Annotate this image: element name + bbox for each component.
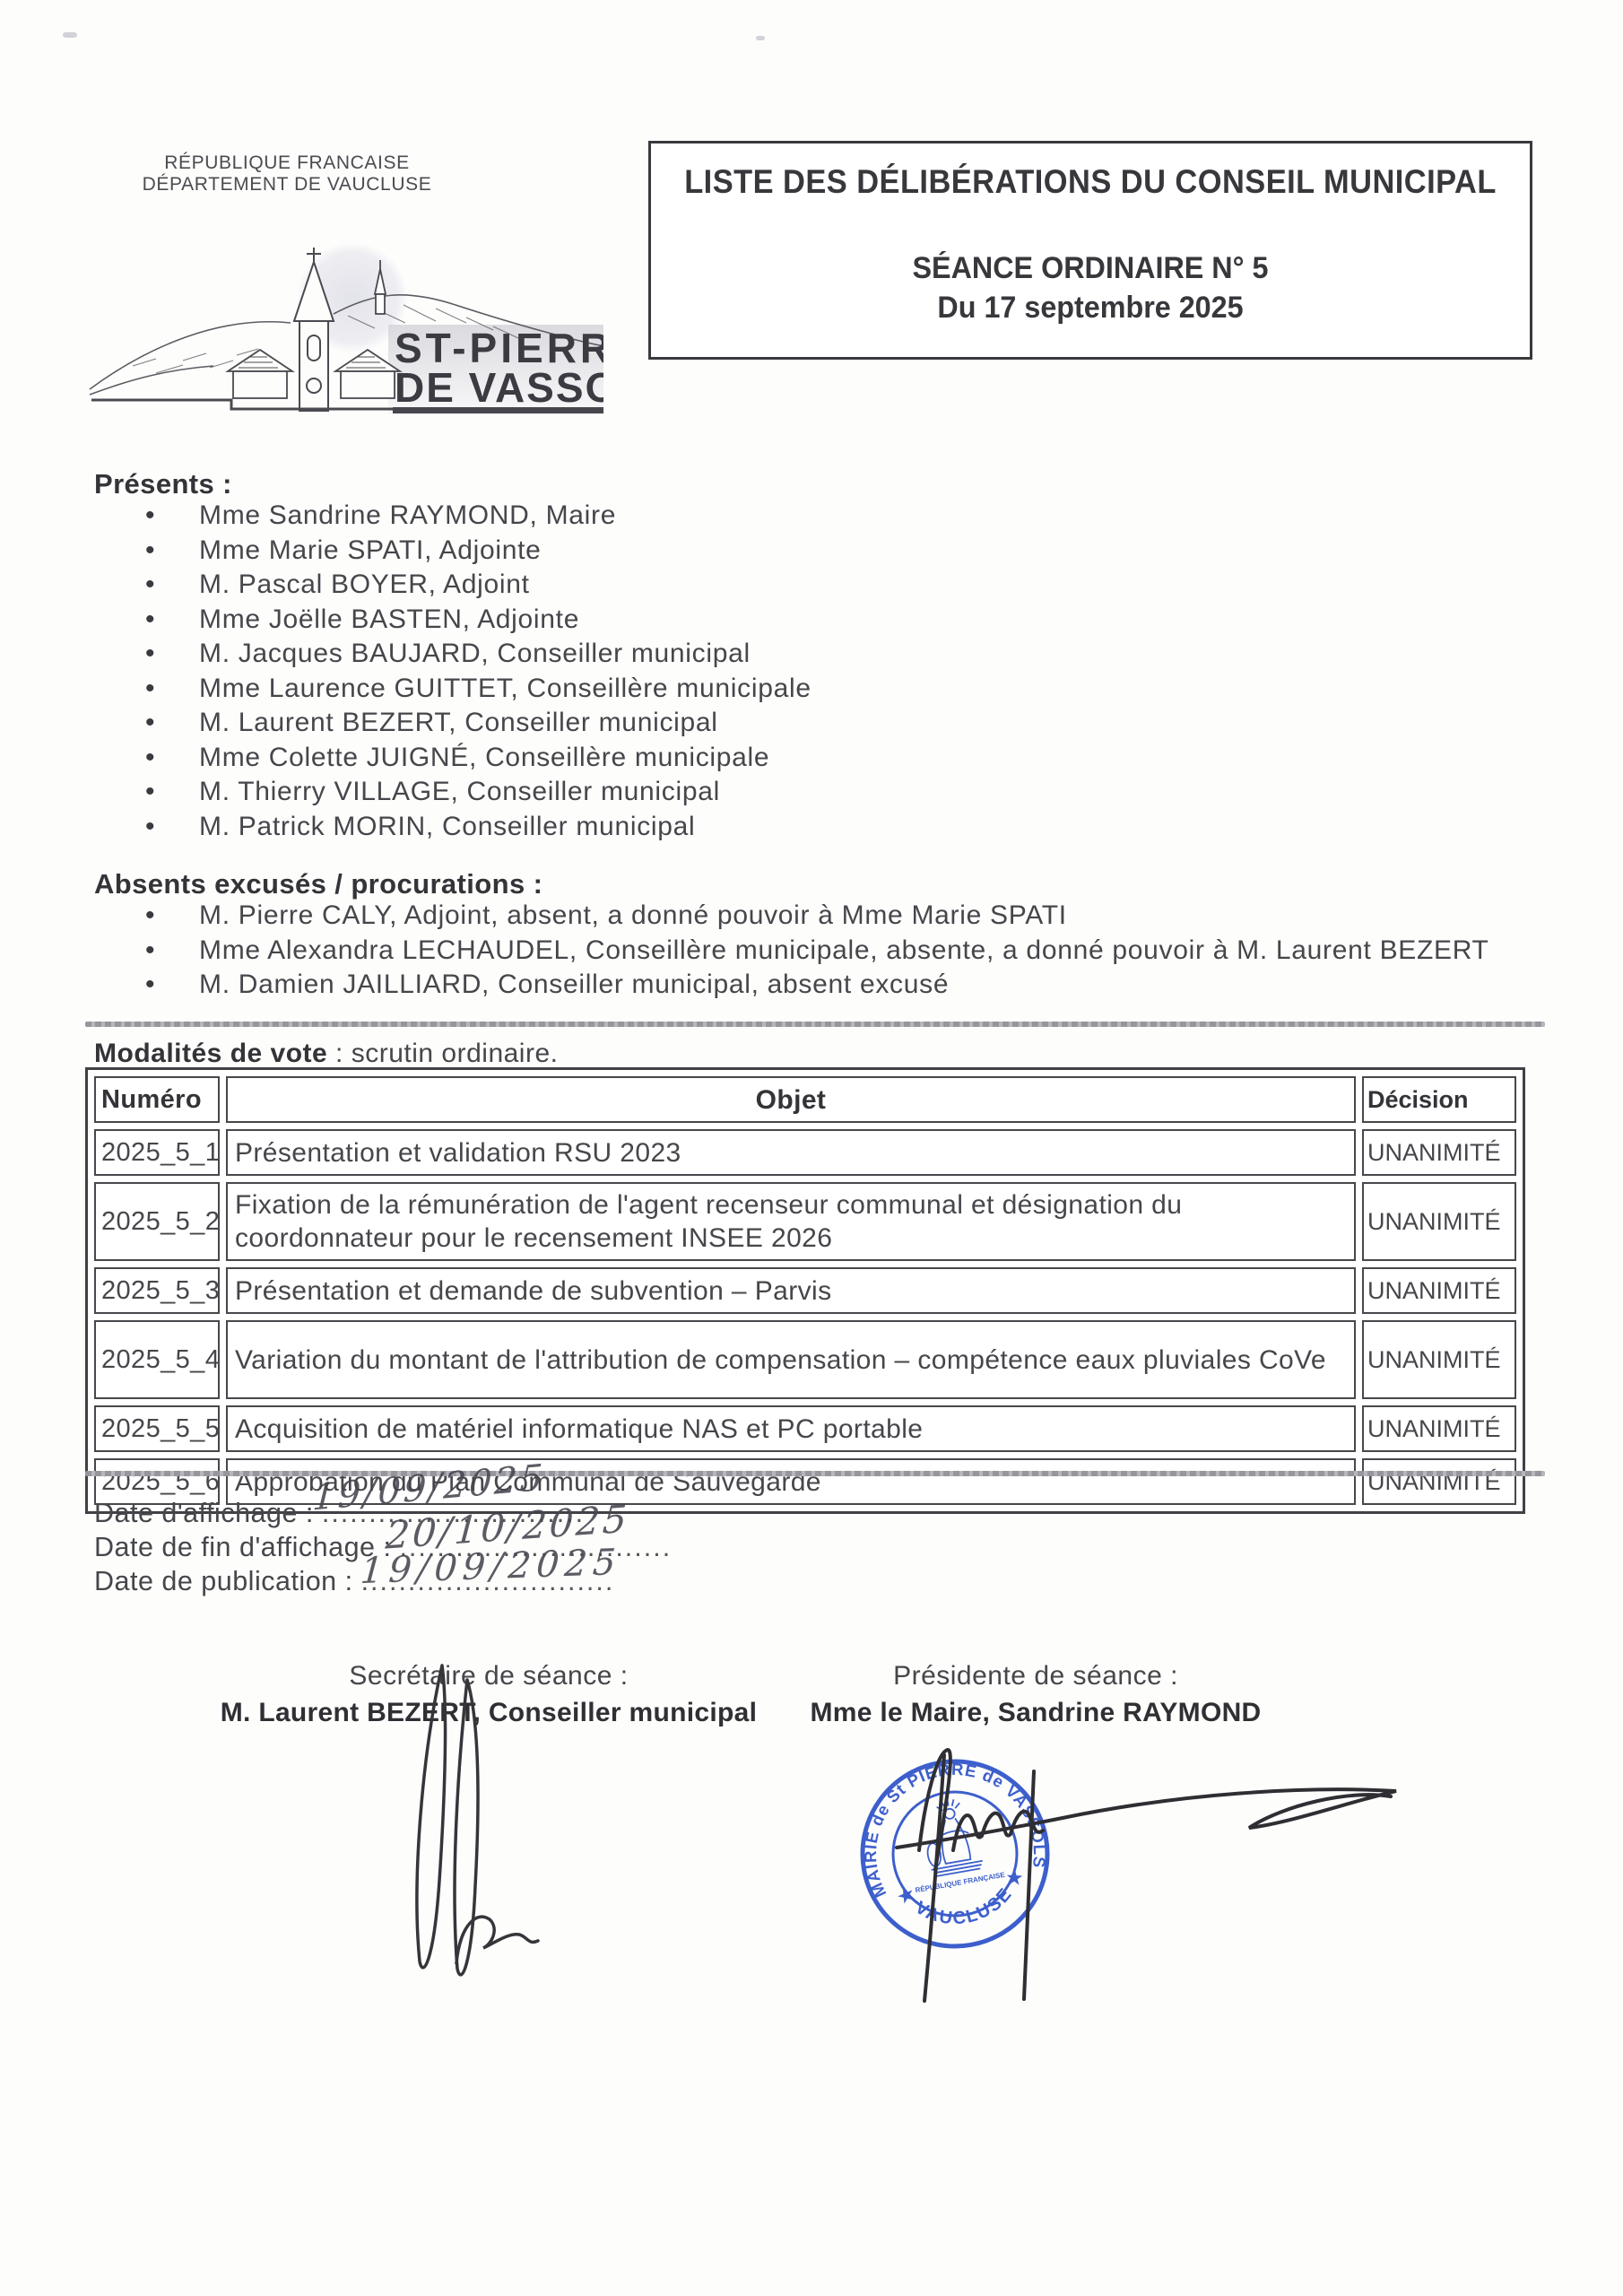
present-item: M. Pascal BOYER, Adjoint [143, 568, 1578, 603]
cell-numero: 2025_5_2 [94, 1182, 220, 1261]
absent-item: Mme Alexandra LECHAUDEL, Conseillère mun… [143, 934, 1578, 969]
header-decision: Décision [1362, 1076, 1516, 1123]
republique-line: RÉPUBLIQUE FRANCAISE [126, 152, 448, 174]
scan-speck [63, 32, 77, 38]
cell-objet: Présentation et validation RSU 2023 [226, 1129, 1356, 1176]
president-block: Présidente de séance : Mme le Maire, San… [767, 1661, 1305, 1728]
header-objet: Objet [226, 1076, 1356, 1123]
title-line2: SÉANCE ORDINAIRE N° 5 [673, 251, 1508, 286]
present-item: M. Thierry VILLAGE, Conseiller municipal [143, 775, 1578, 810]
title-line1: LISTE DES DÉLIBÉRATIONS DU CONSEIL MUNIC… [681, 163, 1498, 201]
mayor-signature [883, 1735, 1421, 2013]
title-box: LISTE DES DÉLIBÉRATIONS DU CONSEIL MUNIC… [648, 141, 1532, 360]
present-item: M. Jacques BAUJARD, Conseiller municipal [143, 637, 1578, 672]
secretary-signature [390, 1655, 569, 2013]
cell-decision: UNANIMITÉ [1362, 1182, 1516, 1261]
cell-objet: Présentation et demande de subvention – … [226, 1267, 1356, 1314]
modalites-de-vote: Modalités de vote : scrutin ordinaire. [94, 1039, 559, 1069]
separator-line [85, 1022, 1545, 1027]
title-line3: Du 17 septembre 2025 [673, 291, 1508, 326]
date-fin-affichage-label: Date de fin d'affichage : [94, 1532, 399, 1562]
commune-logo: ST-PIERRE DE VASSOLS [79, 208, 603, 428]
absents-heading: Absents excusés / procurations : [94, 868, 542, 900]
present-item: Mme Colette JUIGNÉ, Conseillère municipa… [143, 741, 1578, 776]
modalites-label: Modalités de vote [94, 1039, 327, 1068]
present-item: Mme Laurence GUITTET, Conseillère munici… [143, 672, 1578, 707]
absents-list: M. Pierre CALY, Adjoint, absent, a donné… [143, 899, 1578, 1003]
cell-numero: 2025_5_1 [94, 1129, 220, 1176]
table-row: 2025_5_4 Variation du montant de l'attri… [94, 1320, 1516, 1399]
header-numero: Numéro [94, 1076, 220, 1123]
absent-item: M. Damien JAILLIARD, Conseiller municipa… [143, 968, 1578, 1003]
cell-decision: UNANIMITÉ [1362, 1405, 1516, 1452]
presents-list: Mme Sandrine RAYMOND, Maire Mme Marie SP… [143, 499, 1578, 844]
table-row: 2025_5_3 Présentation et demande de subv… [94, 1267, 1516, 1314]
cell-objet: Acquisition de matériel informatique NAS… [226, 1405, 1356, 1452]
cell-decision: UNANIMITÉ [1362, 1129, 1516, 1176]
scan-speck [756, 36, 765, 40]
present-item: Mme Sandrine RAYMOND, Maire [143, 499, 1578, 534]
cell-numero: 2025_5_4 [94, 1320, 220, 1399]
modalites-value: : scrutin ordinaire. [327, 1039, 558, 1068]
document-page: RÉPUBLIQUE FRANCAISE DÉPARTEMENT DE VAUC… [0, 0, 1623, 2296]
table-row: 2025_5_5 Acquisition de matériel informa… [94, 1405, 1516, 1452]
separator-line [85, 1471, 1545, 1476]
logo-name-line2: DE VASSOLS [395, 364, 603, 411]
present-item: Mme Marie SPATI, Adjointe [143, 534, 1578, 569]
present-item: Mme Joëlle BASTEN, Adjointe [143, 603, 1578, 638]
cell-objet: Variation du montant de l'attribution de… [226, 1320, 1356, 1399]
present-item: M. Patrick MORIN, Conseiller municipal [143, 810, 1578, 845]
cell-objet: Fixation de la rémunération de l'agent r… [226, 1182, 1356, 1261]
cell-numero: 2025_5_5 [94, 1405, 220, 1452]
absent-item: M. Pierre CALY, Adjoint, absent, a donné… [143, 899, 1578, 934]
region-header: RÉPUBLIQUE FRANCAISE DÉPARTEMENT DE VAUC… [126, 152, 448, 196]
deliberations-table: Numéro Objet Décision 2025_5_1 Présentat… [85, 1067, 1525, 1514]
cell-numero: 2025_5_3 [94, 1267, 220, 1314]
president-name: Mme le Maire, Sandrine RAYMOND [767, 1698, 1305, 1728]
date-publication-label: Date de publication : [94, 1566, 361, 1596]
table-row: 2025_5_1 Présentation et validation RSU … [94, 1129, 1516, 1176]
logo-underline [393, 407, 603, 413]
president-role: Présidente de séance : [767, 1661, 1305, 1692]
cell-decision: UNANIMITÉ [1362, 1320, 1516, 1399]
presents-heading: Présents : [94, 468, 232, 500]
table-row: 2025_5_2 Fixation de la rémunération de … [94, 1182, 1516, 1261]
table-header-row: Numéro Objet Décision [94, 1076, 1516, 1123]
cell-decision: UNANIMITÉ [1362, 1267, 1516, 1314]
departement-line: DÉPARTEMENT DE VAUCLUSE [126, 174, 448, 196]
present-item: M. Laurent BEZERT, Conseiller municipal [143, 706, 1578, 741]
date-affichage-label: Date d'affichage : [94, 1498, 322, 1528]
cell-decision: UNANIMITÉ [1362, 1458, 1516, 1505]
